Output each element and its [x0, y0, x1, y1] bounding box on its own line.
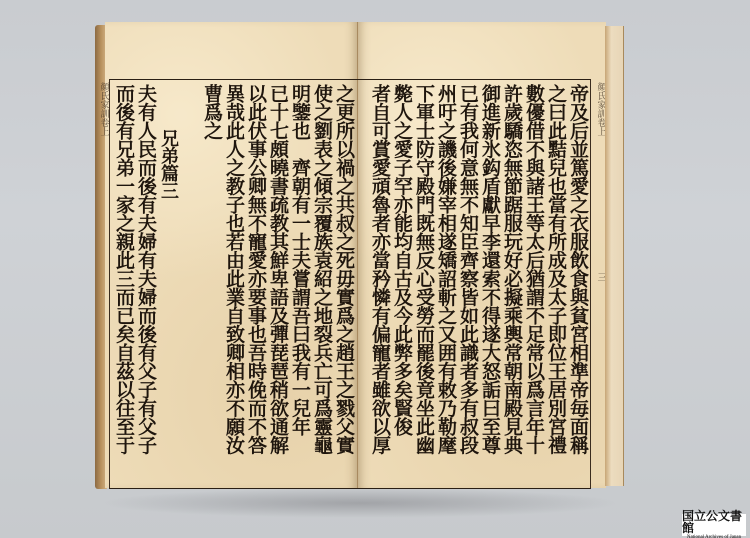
chapter-heading: 兄弟篇三 — [157, 84, 179, 524]
text-column: 者自可賞愛頑魯者亦當矜憐有偏寵者雖欲以厚 — [369, 84, 391, 479]
text-column: 異哉此人之教子也若由此業自致卿相亦不願汝 — [223, 84, 245, 479]
text-column: 明鑒也 齊朝有一士夫嘗謂吾曰我有一兒年 — [289, 84, 311, 479]
watermark-japanese: 国立公文書館 — [682, 510, 746, 534]
text-column: 以此伏事公卿無不寵愛亦要事也吾時俛而不答 — [245, 84, 267, 479]
text-column: 斃人之愛子罕亦能均自古及今此弊多矣賢俊 — [391, 84, 413, 479]
open-book: 顔氏家訓卷上 之更所以禍之共叔之死毋實爲之趙王之戮父實 使之劉表之傾宗覆族袁紹之… — [95, 22, 625, 492]
banxin-title: 顔氏家訓卷上 — [596, 82, 605, 136]
left-page: 顔氏家訓卷上 之更所以禍之共叔之死毋實爲之趙王之戮父實 使之劉表之傾宗覆族袁紹之… — [105, 22, 358, 488]
text-column: 帝及后並篤愛之衣服飲食與貧宮相準帝毎面稱 — [567, 84, 589, 479]
left-page-text: 之更所以禍之共叔之死毋實爲之趙王之戮父實 使之劉表之傾宗覆族袁紹之地裂兵亡可爲靈… — [113, 84, 355, 479]
text-column: 使之劉表之傾宗覆族袁紹之地裂兵亡可爲靈龜 — [311, 84, 333, 479]
right-page: 顔氏家訓卷上 三 帝及后並篤愛之衣服飲食與貧宮相準帝毎面稱 之曰此黠兒也當有所成… — [358, 22, 606, 488]
text-column: 之曰此黠兒也當有所成及太子即位王居別宮禮 — [545, 84, 567, 479]
text-column: 已十七頗曉書疏教其鮮卑語及彈琵琶稍欲通解 — [267, 84, 289, 479]
text-column: 夫有人民而後有夫婦有夫婦而後有父子有父子 — [135, 84, 157, 479]
text-column: 數優借不與諸王等太后猶謂不足常以爲言年十 — [523, 84, 545, 479]
text-column: 已有我何意無不知臣齊察皆如此識者多有叔段 — [457, 84, 479, 479]
blank-column — [179, 84, 201, 479]
left-page-margin-title: 顔氏家訓卷上 — [97, 82, 109, 482]
text-column: 許歲驕恣無節踞服玩好必擬乘輿常朝南殿見典 — [501, 84, 523, 479]
text-column: 御進新氷鈎盾獻早李還索不得遂大怒詬曰至尊 — [479, 84, 501, 479]
text-column: 之更所以禍之共叔之死毋實爲之趙王之戮父實 — [333, 84, 355, 479]
text-column: 下軍士防守殿門既無反心受勞而罷後竟坐此幽 — [413, 84, 435, 479]
archive-watermark: 国立公文書館 National Archives of Japan — [682, 514, 746, 536]
text-column: 而後有兄弟一家之親此三而已矣自茲以往至于 — [113, 84, 135, 479]
text-column: 州吁之譏後嫌宰相遂矯詔斬之又囲有敕乃勒麾 — [435, 84, 457, 479]
folio-number: 三 — [595, 272, 605, 282]
banxin-title: 顔氏家訓卷上 — [99, 82, 108, 136]
right-page-text: 帝及后並篤愛之衣服飲食與貧宮相準帝毎面稱 之曰此黠兒也當有所成及太子即位王居別宮… — [360, 84, 589, 479]
text-column: 曹爲之 — [201, 84, 223, 479]
page-stack-edge — [605, 26, 624, 486]
